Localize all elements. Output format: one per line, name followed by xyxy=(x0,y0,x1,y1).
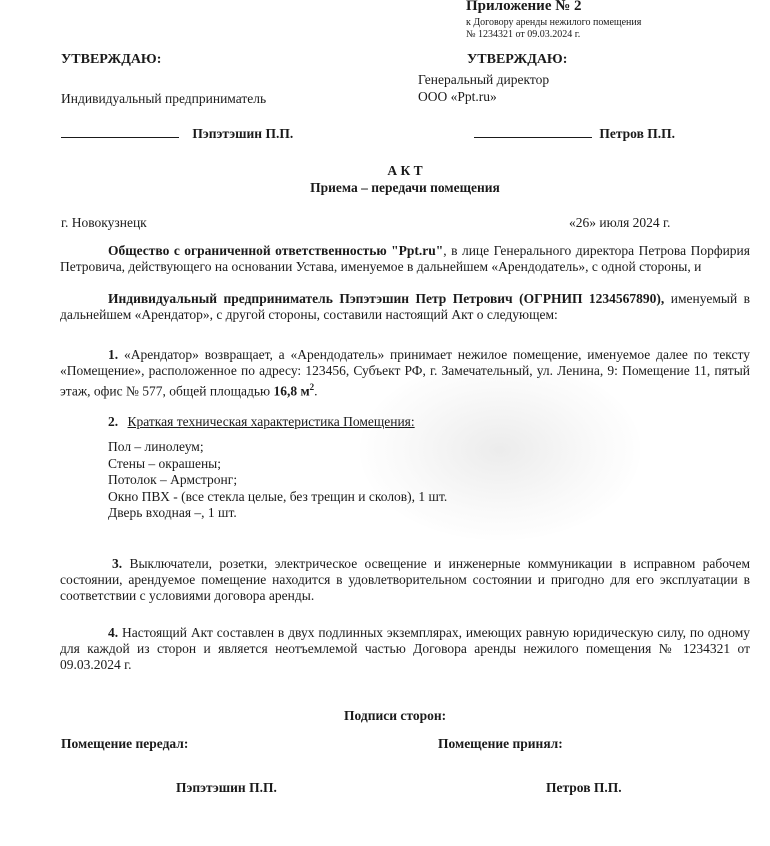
approve-left-name: Пэпэтэшин П.П. xyxy=(192,126,293,141)
approve-right-name: Петров П.П. xyxy=(599,126,675,141)
approve-left-signature: Пэпэтэшин П.П. xyxy=(61,124,293,142)
party1-name: Общество с ограниченной ответственностью… xyxy=(108,243,443,258)
clause-2-number: 2. xyxy=(108,414,118,429)
signature-line xyxy=(474,124,592,138)
signatures-heading: Подписи сторон: xyxy=(344,708,446,724)
approve-right-position: Генеральный директор xyxy=(418,72,549,88)
act-date: «26» июля 2024 г. xyxy=(569,215,670,231)
clause-3: 3. Выключатели, розетки, электрическое о… xyxy=(60,556,750,604)
clause-2-heading: 2. Краткая техническая характеристика По… xyxy=(108,414,415,430)
clause-1-end: . xyxy=(314,384,317,399)
signatures-right-label: Помещение принял: xyxy=(438,736,563,752)
clause-1-number: 1. xyxy=(108,347,118,362)
approve-right-signature: Петров П.П. xyxy=(474,124,675,142)
clause-1: 1. «Арендатор» возвращает, а «Арендодате… xyxy=(60,347,750,400)
signatures-left-label: Помещение передал: xyxy=(61,736,188,752)
intro-paragraph-1: Общество с ограниченной ответственностью… xyxy=(60,243,750,275)
approve-right-company: ООО «Ppt.ru» xyxy=(418,89,497,105)
signatures-left-name: Пэпэтэшин П.П. xyxy=(176,780,277,796)
clause-3-text: Выключатели, розетки, электрическое осве… xyxy=(60,556,750,603)
clause-4-number: 4. xyxy=(108,625,118,640)
list-item: Окно ПВХ - (все стекла целые, без трещин… xyxy=(108,489,447,506)
appendix-line-2: № 1234321 от 09.03.2024 г. xyxy=(466,29,580,41)
act-subtitle: Приема – передачи помещения xyxy=(0,180,770,196)
signatures-right-name: Петров П.П. xyxy=(546,780,622,796)
clause-4-text: Настоящий Акт составлен в двух подлинных… xyxy=(60,625,750,672)
approve-left-heading: УТВЕРЖДАЮ: xyxy=(61,52,161,68)
approve-right-heading: УТВЕРЖДАЮ: xyxy=(467,52,567,68)
intro-paragraph-2: Индивидуальный предприниматель Пэпэтэшин… xyxy=(60,291,750,323)
list-item: Пол – линолеум; xyxy=(108,439,447,456)
clause-1-text: «Арендатор» возвращает, а «Арендодатель»… xyxy=(60,347,750,399)
appendix-title: Приложение № 2 xyxy=(466,0,582,15)
signature-line xyxy=(61,124,179,138)
party2-name: Индивидуальный предприниматель Пэпэтэшин… xyxy=(108,291,664,306)
list-item: Стены – окрашены; xyxy=(108,456,447,473)
list-item: Потолок – Армстронг; xyxy=(108,472,447,489)
clause-2-title: Краткая техническая характеристика Помещ… xyxy=(128,414,415,429)
clause-4: 4. Настоящий Акт составлен в двух подлин… xyxy=(60,625,750,673)
appendix-line-1: к Договору аренды нежилого помещения xyxy=(466,17,641,29)
act-city: г. Новокузнецк xyxy=(61,215,147,231)
approve-left-position: Индивидуальный предприниматель xyxy=(61,91,266,107)
list-item: Дверь входная –, 1 шт. xyxy=(108,505,447,522)
clause-3-number: 3. xyxy=(112,556,122,571)
clause-1-area: 16,8 м xyxy=(273,384,309,399)
act-title: А К Т xyxy=(0,163,770,179)
clause-2-list: Пол – линолеум; Стены – окрашены; Потоло… xyxy=(108,439,447,522)
